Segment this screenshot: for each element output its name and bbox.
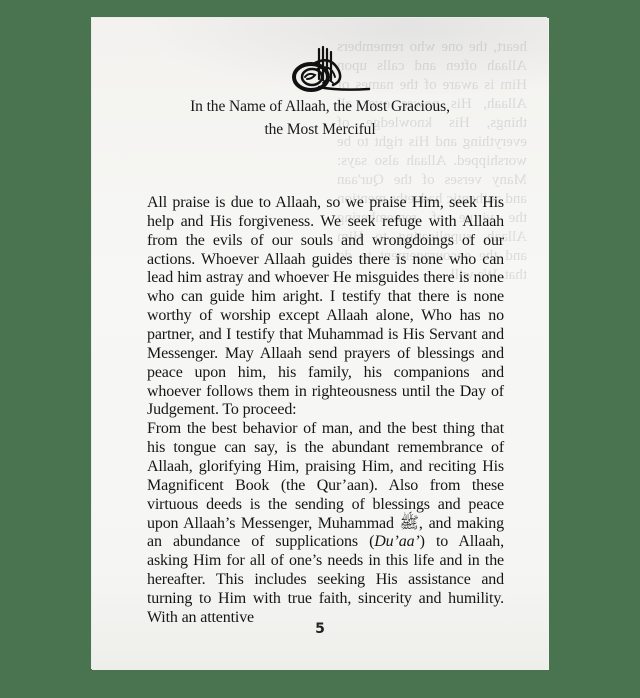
bismillah-calligraphy-icon xyxy=(289,45,373,95)
italic-term: Du’aa’ xyxy=(374,533,419,550)
heading-line-2: the Most Merciful xyxy=(92,121,548,139)
body-text: All praise is due to Allaah, so we prais… xyxy=(147,194,504,628)
heading-line-1: In the Name of Allaah, the Most Gracious… xyxy=(92,98,548,116)
paragraph-1: All praise is due to Allaah, so we prais… xyxy=(147,194,504,420)
paragraph-2: From the best behavior of man, and the b… xyxy=(147,420,504,627)
honorific-glyph: ﷺ xyxy=(399,515,418,532)
book-page: heart, the one who remembers Allaah ofte… xyxy=(92,18,548,670)
page-number: 5 xyxy=(92,621,548,637)
